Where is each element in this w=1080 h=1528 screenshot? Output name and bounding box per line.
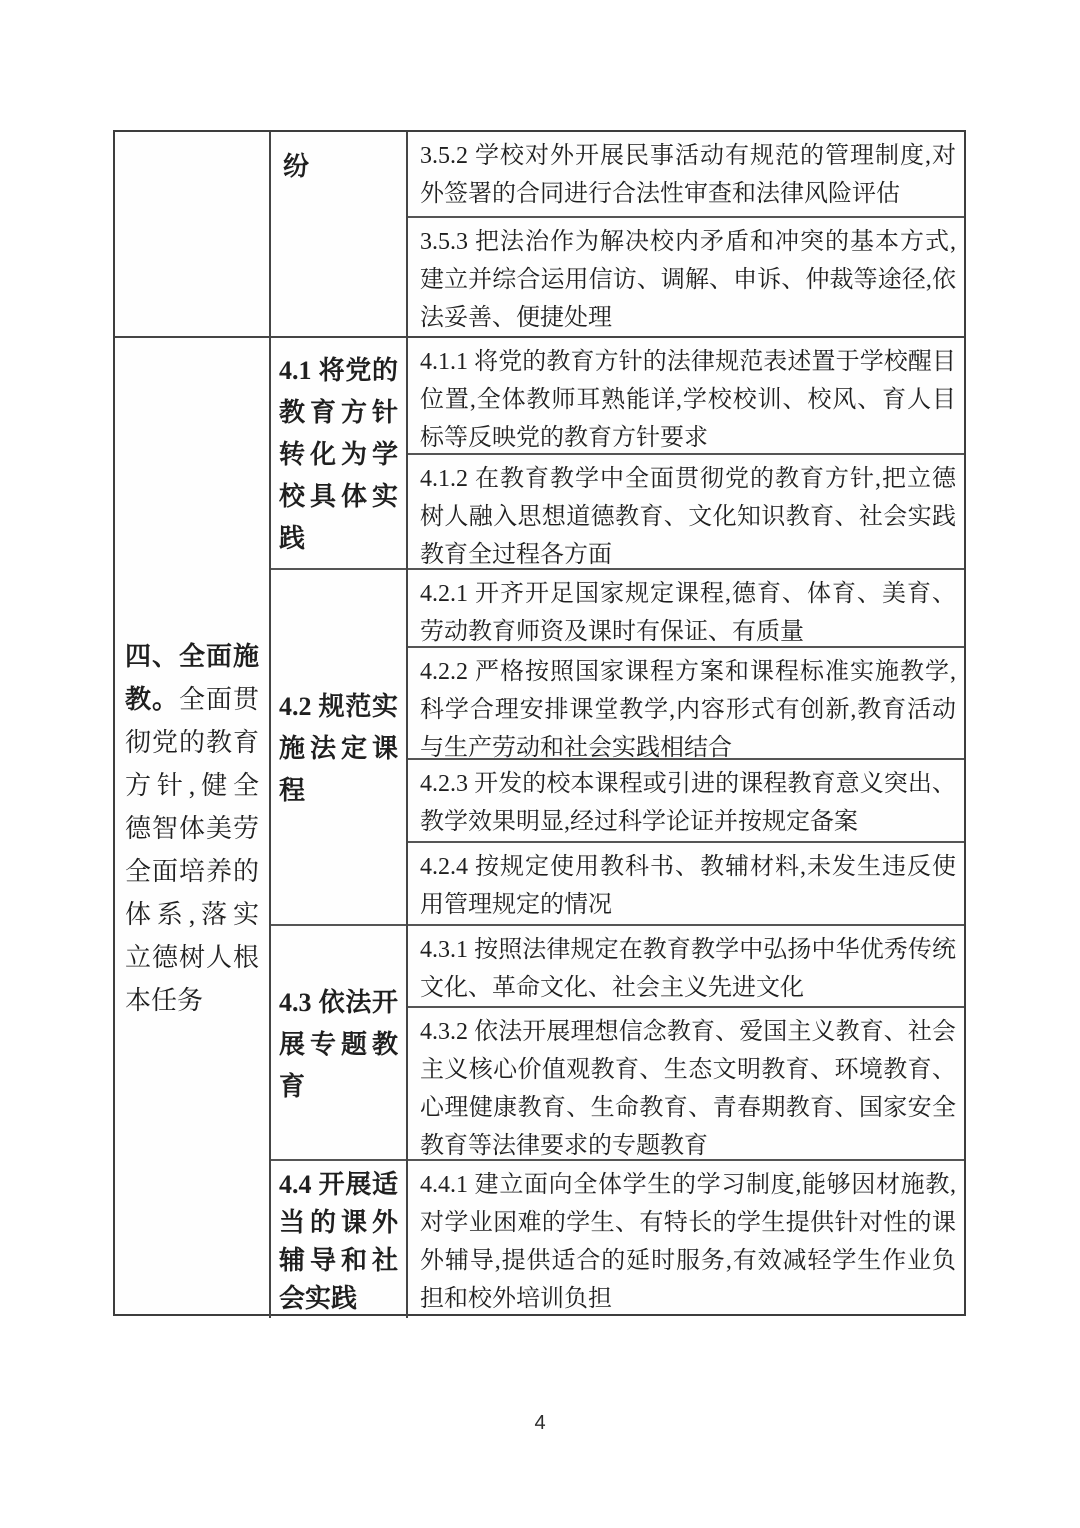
subcategory-cell-4-1: 4.1 将党的教育方针转化为学校具体实践	[271, 338, 406, 570]
subcategory-label-4-2: 4.2 规范实施法定课程	[279, 686, 398, 812]
criteria-cell-3-5-2: 3.5.2 学校对外开展民事活动有规范的管理制度,对外签署的合同进行合法性审查和…	[408, 132, 964, 218]
criteria-cell-4-3-2: 4.3.2 依法开展理想信念教育、爱国主义教育、社会主义核心价值观教育、生态文明…	[408, 1008, 964, 1161]
criteria-cell-4-1-2: 4.1.2 在教育教学中全面贯彻党的教育方针,把立德树人融入思想道德教育、文化知…	[408, 455, 964, 570]
criteria-cell-4-2-1: 4.2.1 开齐开足国家规定课程,德育、体育、美育、劳动教育师资及课时有保证、有…	[408, 570, 964, 648]
table-row-continuation: 纷 3.5.2 学校对外开展民事活动有规范的管理制度,对外签署的合同进行合法性审…	[115, 132, 964, 338]
subcategory-cell-4-3: 4.3 依法开展专题教育	[271, 926, 406, 1161]
criteria-cell-4-2-3: 4.2.3 开发的校本课程或引进的课程教育意义突出、教学效果明显,经过科学论证并…	[408, 760, 964, 843]
criteria-cell-4-1-1: 4.1.1 将党的教育方针的法律规范表述置于学校醒目位置,全体教师耳熟能详,学校…	[408, 338, 964, 455]
category-cell: 四、全面施教。全面贯彻党的教育方针,健全德智体美劳全面培养的体系,落实立德树人根…	[115, 338, 269, 1318]
subcategory-label-4-1: 4.1 将党的教育方针转化为学校具体实践	[279, 350, 398, 560]
table-row-section-4: 四、全面施教。全面贯彻党的教育方针,健全德智体美劳全面培养的体系,落实立德树人根…	[115, 338, 964, 1318]
criteria-cell-4-3-1: 4.3.1 按照法律规定在教育教学中弘扬中华优秀传统文化、革命文化、社会主义先进…	[408, 926, 964, 1008]
page-number: 4	[0, 1412, 1080, 1435]
subcategory-tail-cell: 纷	[271, 132, 406, 188]
criteria-cell-4-2-4: 4.2.4 按规定使用教科书、教辅材料,未发生违反使用管理规定的情况	[408, 843, 964, 926]
criteria-cell-3-5-3: 3.5.3 把法治作为解决校内矛盾和冲突的基本方式,建立并综合运用信访、调解、申…	[408, 218, 964, 336]
subcategory-cell-4-2: 4.2 规范实施法定课程	[271, 570, 406, 926]
category-cell-empty	[115, 132, 271, 336]
subcategory-label-4-4: 4.4 开展适当的课外辅导和社会实践	[279, 1166, 398, 1318]
category-text: 四、全面施教。全面贯彻党的教育方针,健全德智体美劳全面培养的体系,落实立德树人根…	[125, 635, 259, 1022]
category-description: 全面贯彻党的教育方针,健全德智体美劳全面培养的体系,落实立德树人根本任务	[125, 685, 259, 1015]
document-page: 纷 3.5.2 学校对外开展民事活动有规范的管理制度,对外签署的合同进行合法性审…	[0, 0, 1080, 1528]
subcategory-cell-4-4: 4.4 开展适当的课外辅导和社会实践	[271, 1161, 406, 1318]
assessment-table: 纷 3.5.2 学校对外开展民事活动有规范的管理制度,对外签署的合同进行合法性审…	[113, 130, 966, 1316]
criteria-cell-4-4-1: 4.4.1 建立面向全体学生的学习制度,能够因材施教,对学业困难的学生、有特长的…	[408, 1161, 964, 1318]
criteria-cell-4-2-2: 4.2.2 严格按照国家课程方案和课程标准实施教学,科学合理安排课堂教学,内容形…	[408, 648, 964, 760]
subcategory-label-4-3: 4.3 依法开展专题教育	[279, 982, 398, 1108]
